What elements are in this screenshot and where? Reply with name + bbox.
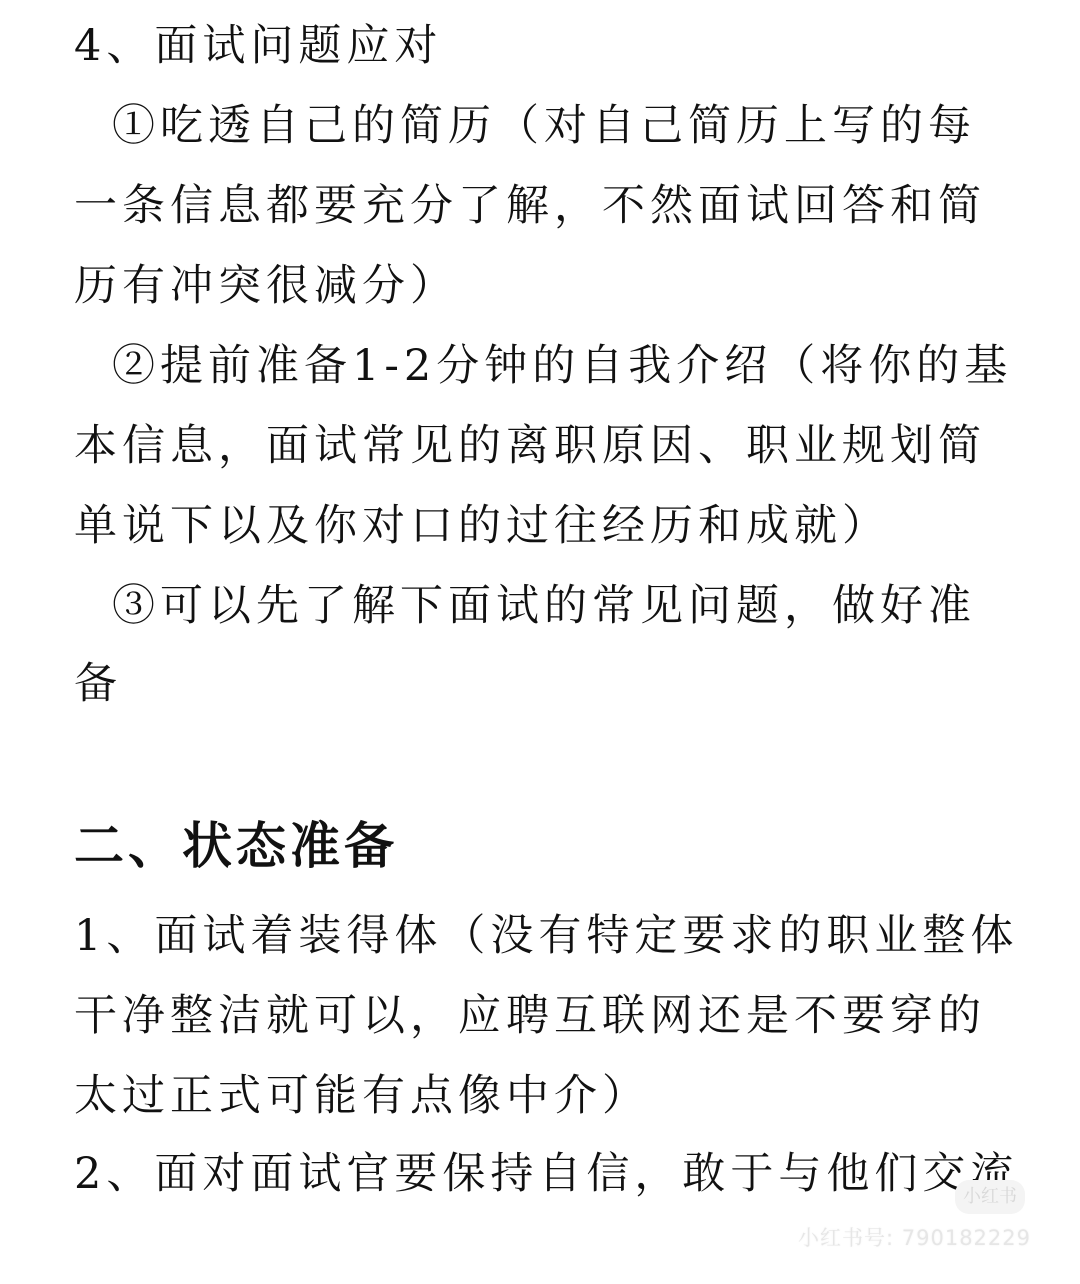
section-4-item-1-line-2: 一条信息都要充分了解，不然面试回答和简 — [74, 180, 986, 232]
section-4-item-3-line-1: ③可以先了解下面试的常见问题，做好准 — [112, 580, 976, 632]
section-two-item-1-line-3: 太过正式可能有点像中介） — [74, 1070, 650, 1122]
watermark-logo-badge: 小红书 — [955, 1180, 1025, 1214]
section-4-item-2-line-1: ②提前准备1-2分钟的自我介绍（将你的基 — [112, 340, 1012, 392]
section-4-item-3-line-2: 备 — [74, 658, 122, 710]
section-two-item-1-line-1: 1、面试着装得体（没有特定要求的职业整体 — [74, 910, 1018, 962]
section-two-heading: 二、状态准备 — [74, 820, 398, 872]
section-4-item-2-line-3: 单说下以及你对口的过往经历和成就） — [74, 500, 890, 552]
section-4-title: 4、面试问题应对 — [74, 20, 442, 72]
section-two-item-1-line-2: 干净整洁就可以，应聘互联网还是不要穿的 — [74, 990, 986, 1042]
section-4-item-2-line-2: 本信息，面试常见的离职原因、职业规划简 — [74, 420, 986, 472]
section-4-item-1-line-1: ①吃透自己的简历（对自己简历上写的每 — [112, 100, 976, 152]
watermark-account-id: 小红书号: 790182229 — [798, 1222, 1031, 1252]
section-4-item-1-line-3: 历有冲突很减分） — [74, 260, 458, 312]
document-page: 4、面试问题应对 ①吃透自己的简历（对自己简历上写的每 一条信息都要充分了解，不… — [0, 0, 1080, 1284]
section-two-item-2-line-1: 2、面对面试官要保持自信，敢于与他们交流 — [74, 1148, 1018, 1200]
